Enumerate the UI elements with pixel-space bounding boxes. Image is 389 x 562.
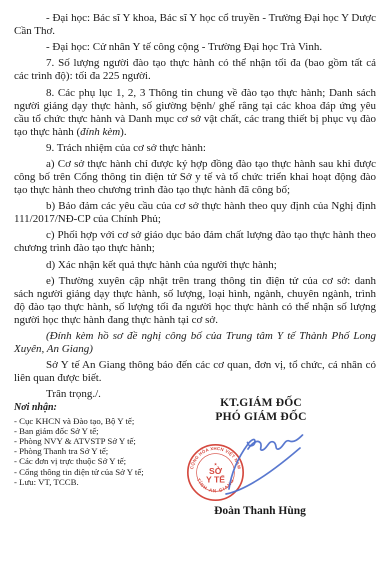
recipient-item: - Các đơn vị trực thuộc Sở Y tế; bbox=[14, 456, 204, 466]
recipient-item: - Cục KHCN và Đào tạo, Bộ Y tế; bbox=[14, 416, 204, 426]
recipient-item: - Phòng NVY & ATVSTP Sở Y tế; bbox=[14, 436, 204, 446]
paragraph-item-8-text: 8. Các phụ lục 1, 2, 3 Thông tin chung v… bbox=[14, 87, 376, 138]
signer-role-line2: PHÓ GIÁM ĐỐC bbox=[185, 411, 337, 425]
recipient-item: - Lưu: VT, TCCB. bbox=[14, 477, 204, 487]
paragraph-item-9b: b) Bảo đảm các yêu cầu của cơ sở thực hà… bbox=[14, 200, 376, 226]
paragraph-item-9d: d) Xác nhận kết quả thực hành của người … bbox=[14, 259, 376, 272]
signer-role-line1: KT.GIÁM ĐỐC bbox=[185, 397, 337, 411]
paragraph-item-8-attachment-note: đính kèm bbox=[80, 126, 120, 138]
recipients-block: Nơi nhận: - Cục KHCN và Đào tạo, Bộ Y tế… bbox=[14, 402, 204, 487]
paragraph-item-9e: e) Thường xuyên cập nhật trên trang thôn… bbox=[14, 275, 376, 327]
paragraph-item-7: 7. Số lượng người đào tạo thực hành có t… bbox=[14, 57, 376, 83]
handwritten-signature bbox=[221, 431, 307, 500]
paragraph-dai-hoc-tra-vinh: - Đại học: Cử nhân Y tế công cộng - Trườ… bbox=[14, 41, 376, 54]
paragraph-item-9: 9. Trách nhiệm của cơ sở thực hành: bbox=[14, 142, 376, 155]
signature-title-block: KT.GIÁM ĐỐC PHÓ GIÁM ĐỐC bbox=[185, 397, 337, 424]
paragraph-item-8-end: ). bbox=[120, 126, 126, 138]
paragraph-item-9c: c) Phối hợp với cơ sở giáo dục bảo đảm c… bbox=[14, 229, 376, 255]
recipient-item: - Ban giám đốc Sở Y tế; bbox=[14, 426, 204, 436]
recipient-item: - Cổng thông tin điện tử của Sở Y tế; bbox=[14, 467, 204, 477]
paragraph-item-9a: a) Cơ sở thực hành chỉ được ký hợp đồng … bbox=[14, 158, 376, 197]
recipient-item: - Phòng Thanh tra Sở Y tế; bbox=[14, 446, 204, 456]
document-page: - Đại học: Bác sĩ Y khoa, Bác sĩ Y học c… bbox=[0, 0, 389, 562]
paragraph-attachment-note: (Đính kèm hồ sơ đề nghị công bố của Trun… bbox=[14, 330, 376, 356]
signer-name: Đoàn Thanh Hùng bbox=[185, 505, 335, 517]
paragraph-notification: Sở Y tế An Giang thông báo đến các cơ qu… bbox=[14, 359, 376, 385]
recipients-title: Nơi nhận: bbox=[14, 402, 204, 413]
paragraph-item-8: 8. Các phụ lục 1, 2, 3 Thông tin chung v… bbox=[14, 87, 376, 139]
paragraph-dai-hoc-can-tho: - Đại học: Bác sĩ Y khoa, Bác sĩ Y học c… bbox=[14, 12, 376, 38]
document-body: - Đại học: Bác sĩ Y khoa, Bác sĩ Y học c… bbox=[0, 0, 389, 401]
